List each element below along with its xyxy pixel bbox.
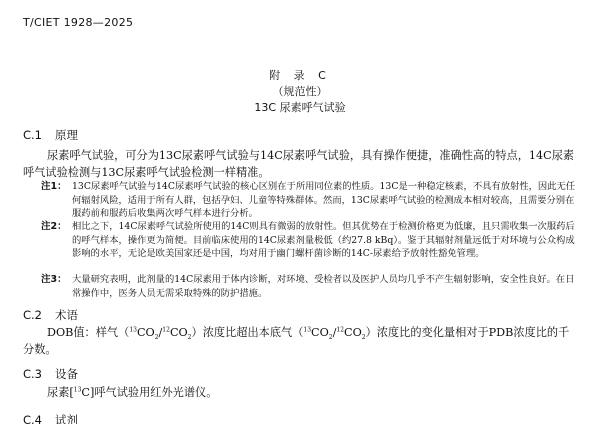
section-c1-paragraph: 尿素呼气试验，可分为13C尿素呼气试验与14C尿素呼气试验，具有操作便捷，准确性… bbox=[23, 147, 578, 181]
section-title: 试剂 bbox=[55, 413, 78, 424]
section-title: 术语 bbox=[55, 308, 78, 322]
section-title: 原理 bbox=[55, 128, 78, 142]
note-text: 大量研究表明，此剂量的14C尿素用于体内诊断，对环境、受检者以及医护人员均几乎不… bbox=[72, 273, 581, 300]
text-run: C]呼气试验用红外光谱仪。 bbox=[81, 386, 217, 399]
standard-code: T/CIET 1928—2025 bbox=[23, 16, 133, 29]
text-run: CO bbox=[344, 326, 362, 339]
superscript: 13 bbox=[303, 326, 311, 333]
text-run: CO bbox=[170, 326, 188, 339]
note-text: 13C尿素呼气试验与14C尿素呼气试验的核心区别在于所用同位素的性质。13C是一… bbox=[72, 180, 581, 221]
appendix-label: 附 录 C bbox=[0, 67, 600, 83]
section-c3-paragraph: 尿素[13C]呼气试验用红外光谱仪。 bbox=[23, 384, 578, 401]
note-label: 注2： bbox=[41, 220, 71, 234]
section-number: C.4 bbox=[23, 413, 55, 424]
text-run: CO bbox=[311, 326, 329, 339]
section-heading-c3: C.3设备 bbox=[23, 366, 78, 382]
section-heading-c4: C.4试剂 bbox=[23, 412, 78, 424]
text-run: 尿素[ bbox=[47, 386, 74, 399]
section-number: C.1 bbox=[23, 128, 55, 142]
text-run: CO bbox=[137, 326, 155, 339]
note-3: 注3： 大量研究表明，此剂量的14C尿素用于体内诊断，对环境、受检者以及医护人员… bbox=[41, 273, 581, 300]
note-text: 相比之下，14C尿素呼气试验所使用的14C则具有微弱的放射性。但其优势在于检测价… bbox=[72, 220, 581, 261]
note-label: 注1： bbox=[41, 180, 71, 194]
note-1: 注1： 13C尿素呼气试验与14C尿素呼气试验的核心区别在于所用同位素的性质。1… bbox=[41, 180, 581, 221]
appendix-type: （规范性） bbox=[0, 83, 600, 99]
section-number: C.2 bbox=[23, 308, 55, 322]
note-2: 注2： 相比之下，14C尿素呼气试验所使用的14C则具有微弱的放射性。但其优势在… bbox=[41, 220, 581, 261]
section-heading-c1: C.1原理 bbox=[23, 127, 78, 143]
superscript: 13 bbox=[129, 326, 137, 333]
text-run: ）浓度比超出本底气（ bbox=[192, 326, 304, 339]
note-label: 注3： bbox=[41, 273, 71, 287]
superscript: 12 bbox=[336, 326, 344, 333]
section-heading-c2: C.2术语 bbox=[23, 307, 78, 323]
section-c2-paragraph: DOB值：样气（13CO2/12CO2）浓度比超出本底气（13CO2/12CO2… bbox=[23, 324, 578, 358]
section-title: 设备 bbox=[55, 367, 78, 381]
appendix-title: 13C 尿素呼气试验 bbox=[0, 99, 600, 115]
superscript: 12 bbox=[162, 326, 170, 333]
section-number: C.3 bbox=[23, 367, 55, 381]
text-run: DOB值：样气（ bbox=[47, 326, 129, 339]
